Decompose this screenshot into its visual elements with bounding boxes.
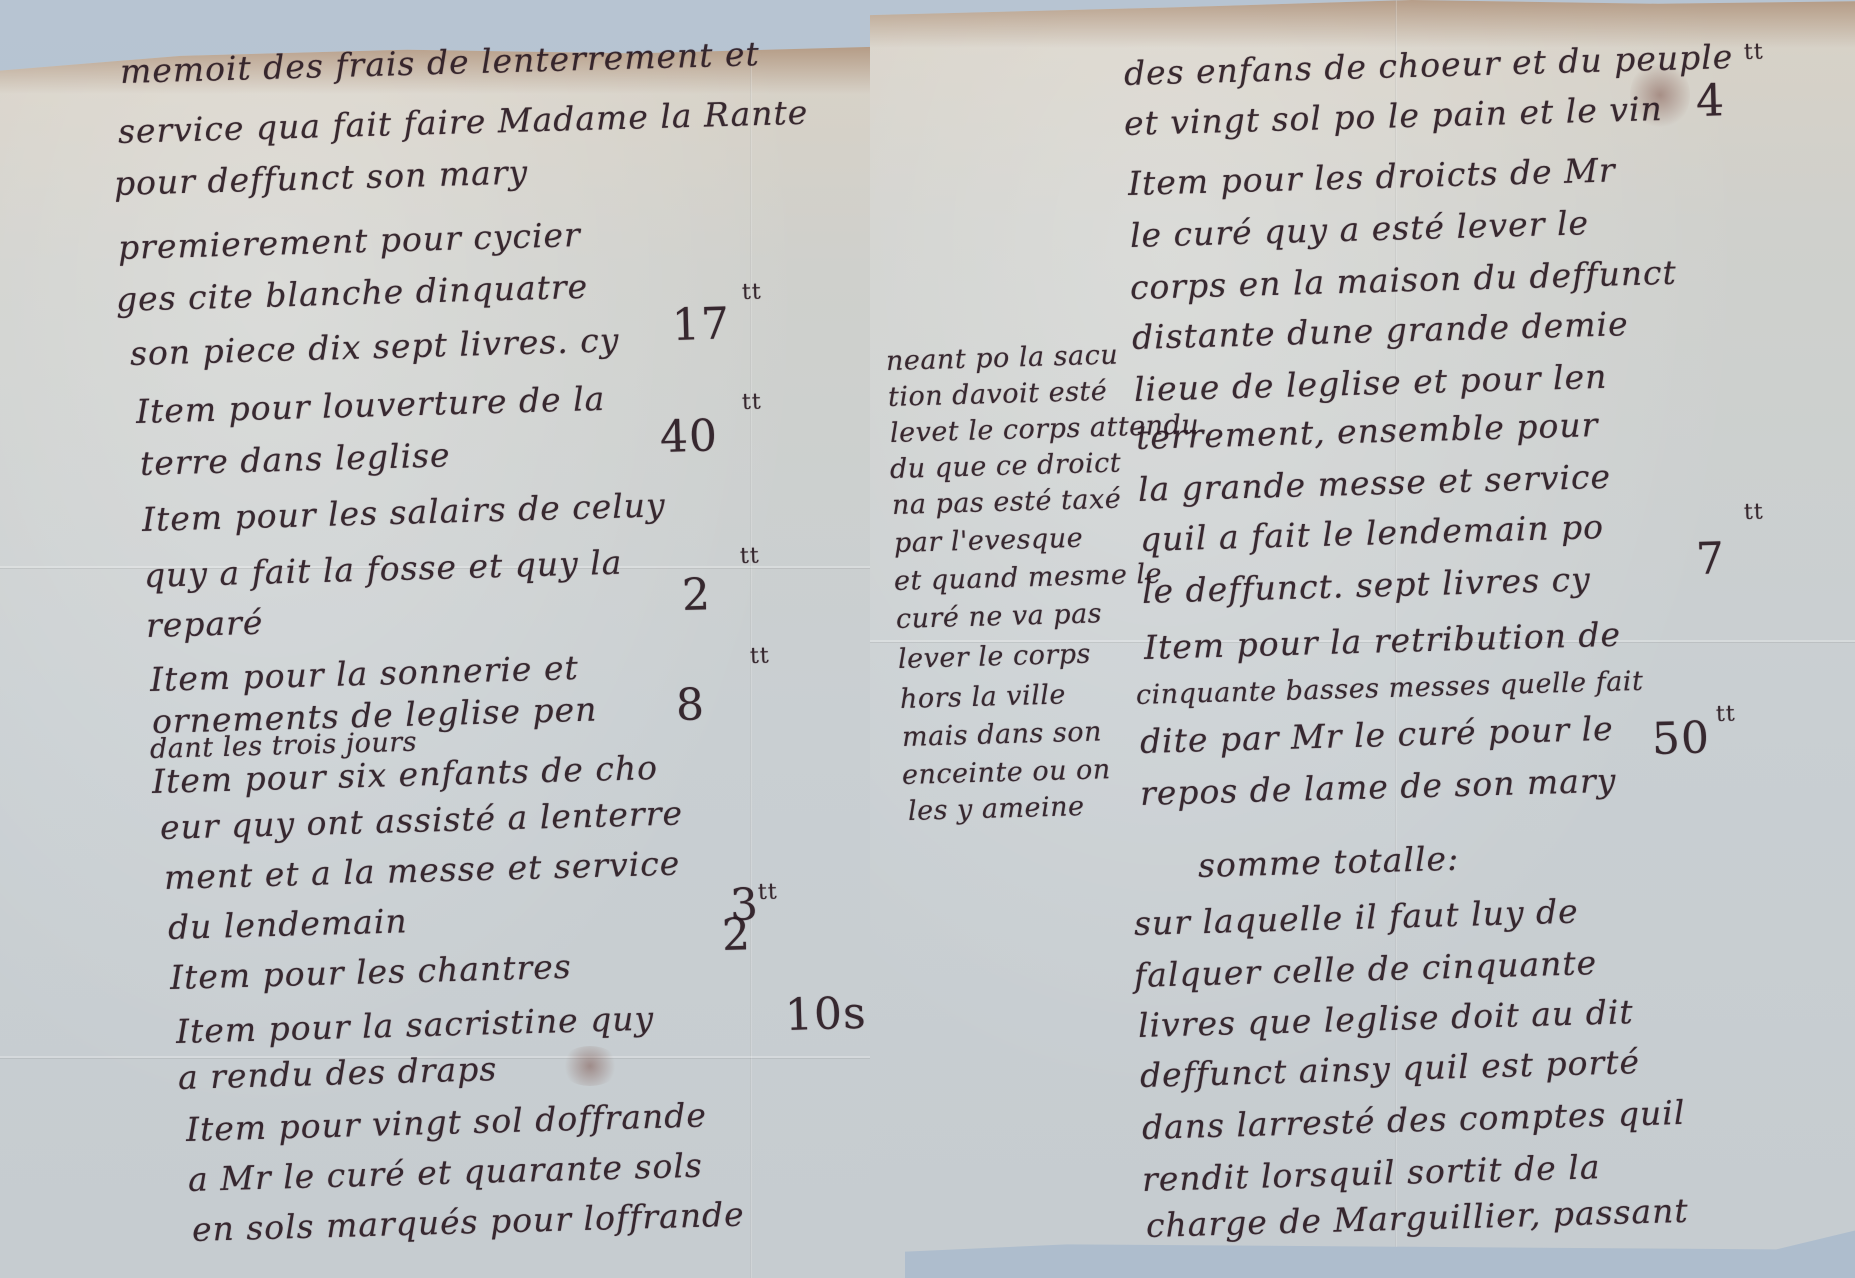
margin-line: mais dans son: [902, 716, 1103, 753]
margin-line: tion davoit esté: [888, 376, 1108, 413]
margin-line: hors la ville: [900, 679, 1067, 715]
amount-unit: tt: [1744, 39, 1764, 65]
margin-line: curé ne va pas: [896, 598, 1103, 635]
amount-unit: tt: [1716, 701, 1736, 727]
text-line: reparé: [145, 603, 263, 645]
margin-line: les y ameine: [908, 791, 1085, 827]
total-label: somme totalle:: [1197, 839, 1459, 885]
amount-unit: tt: [742, 389, 762, 415]
margin-line: lever le corps: [898, 639, 1092, 675]
amount-value: 50: [1651, 712, 1710, 765]
amount-value: 2: [721, 909, 751, 961]
text-line: du lendemain: [167, 901, 408, 947]
amount-unit: tt: [758, 879, 778, 905]
amount-value: 10s: [784, 988, 867, 1041]
amount-value: 17: [671, 298, 730, 351]
amount-unit: tt: [750, 643, 770, 669]
amount-unit: tt: [742, 279, 762, 305]
amount-value: 2: [681, 569, 711, 621]
ink-stain: [560, 1046, 620, 1086]
amount-value: 7: [1695, 533, 1725, 585]
amount-value: 40: [659, 410, 718, 463]
margin-line: par l'evesque: [894, 523, 1084, 559]
amount-value: 8: [675, 679, 705, 731]
amount-unit: tt: [1744, 499, 1764, 525]
margin-line: na pas esté taxé: [892, 484, 1122, 521]
amount-unit: tt: [740, 543, 760, 569]
margin-line: du que ce droict: [890, 448, 1122, 485]
photo-scene: memoit des frais de lenterrement et serv…: [0, 0, 1855, 1278]
amount-value: 4: [1695, 75, 1725, 127]
margin-line: enceinte ou on: [902, 754, 1112, 791]
margin-line: neant po la sacu: [886, 340, 1119, 377]
